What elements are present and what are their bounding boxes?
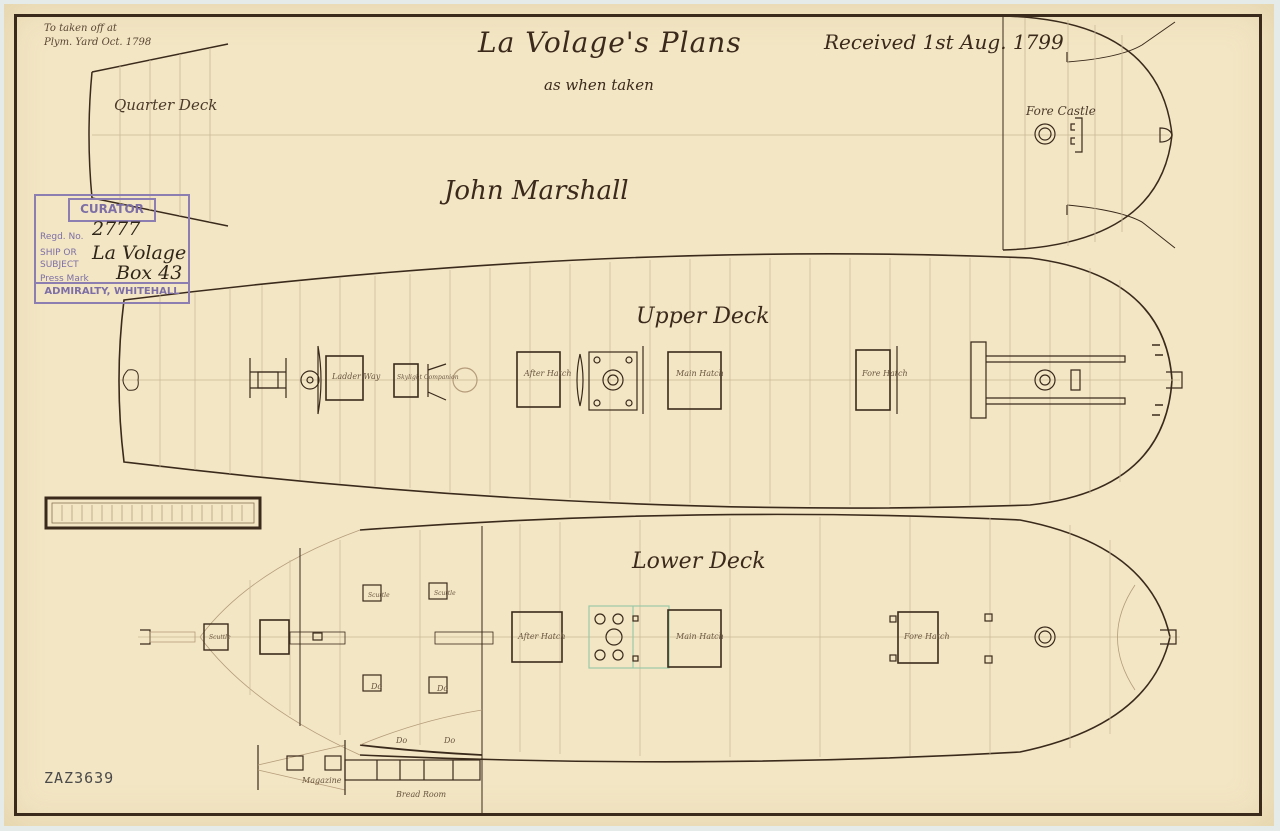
bread-room-label: Bread Room	[396, 790, 446, 799]
forecastle-label: Fore Castle	[1026, 104, 1096, 118]
magazine-bread-room-drawing	[258, 710, 482, 795]
lower-main-hatch-label: Main Hatch	[676, 632, 724, 641]
stamp-regd-label: Regd. No.	[40, 232, 83, 242]
scuttle-label-3: Scuttle	[209, 634, 231, 641]
plan-title: La Volage's Plans	[478, 26, 742, 59]
stamp-ship-label-2: SUBJECT	[40, 260, 79, 270]
ditto-label-3: Do	[396, 736, 407, 745]
upper-fore-hatch-label: Fore Hatch	[862, 369, 908, 378]
upper-deck-label: Upper Deck	[636, 304, 770, 329]
stamp-press-value: Box 43	[116, 262, 182, 284]
ditto-label-1: Do	[371, 682, 382, 691]
upper-after-hatch-label: After Hatch	[524, 369, 572, 378]
catalog-number: ZAZ3639	[44, 769, 114, 787]
plan-subtitle: as when taken	[544, 76, 654, 94]
lower-fore-hatch-label: Fore Hatch	[904, 632, 950, 641]
note-line-2: Plym. Yard Oct. 1798	[44, 36, 151, 50]
scale-bar	[46, 498, 260, 528]
ditto-label-2: Do	[437, 684, 448, 693]
lower-deck-label: Lower Deck	[632, 549, 766, 574]
scuttle-label-1: Scuttle	[368, 592, 390, 599]
received-date: Received 1st Aug. 1799	[824, 30, 1064, 54]
ladder-way-label: Ladder Way	[332, 372, 380, 381]
stamp-footer: ADMIRALTY, WHITEHALL	[36, 282, 188, 302]
taken-off-note: To taken off at Plym. Yard Oct. 1798	[44, 22, 151, 50]
quarter-deck-label: Quarter Deck	[114, 96, 217, 114]
note-line-1: To taken off at	[44, 22, 151, 36]
ship-deck-drawings	[4, 4, 1274, 826]
stamp-ship-label-1: SHIP OR	[40, 248, 77, 258]
stamp-regd-value: 2777	[92, 218, 140, 240]
magazine-label: Magazine	[302, 776, 342, 785]
scuttle-label-2: Scuttle	[434, 590, 456, 597]
upper-deck-drawing	[119, 254, 1182, 508]
lower-after-hatch-label: After Hatch	[518, 632, 566, 641]
ditto-label-4: Do	[444, 736, 455, 745]
signature: John Marshall	[444, 176, 629, 206]
ship-plan-sheet: To taken off at Plym. Yard Oct. 1798 La …	[4, 4, 1274, 826]
stamp-ship-value: La Volage	[92, 242, 186, 264]
curator-stamp: CURATOR Regd. No. 2777 SHIP OR SUBJECT L…	[34, 194, 190, 304]
skylight-label: Skylight Companion	[397, 374, 459, 381]
upper-main-hatch-label: Main Hatch	[676, 369, 724, 378]
